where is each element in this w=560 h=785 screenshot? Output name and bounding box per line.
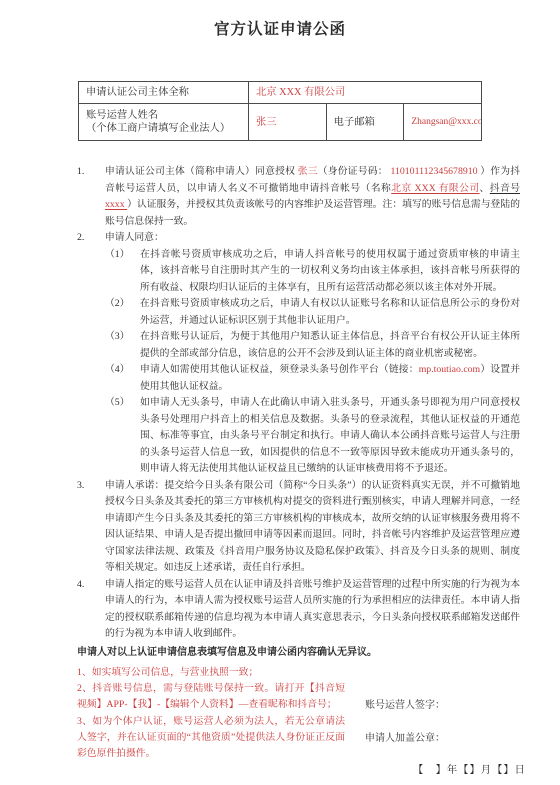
note-3: 3、如为个体户认证，账号运营人必须为法人，若无公章请法人签字，并在认证页面的“其… xyxy=(77,714,345,763)
text-segment: 在抖音帐号资质审核成功之后，申请人抖音帐号的使用权属于通过资质审核的申请主体，该… xyxy=(140,249,520,293)
sub-clause-2-3: （3）在抖音账号认证后，为便于其他用户知悉认证主体信息，抖音平台有权公开认证主体… xyxy=(105,329,520,362)
sub-clause-2-5: （5）如申请人无头条号，申请人在此确认申请入驻头条号，开通头条号即视为用户同意授… xyxy=(105,395,520,478)
note-1: 1、如实填写公司信息，与营业执照一致； xyxy=(77,665,345,681)
sub-clause-number: （4） xyxy=(105,362,140,379)
sub-clause-text: 在抖音账号认证后，为便于其他用户知悉认证主体信息，抖音平台有权公开认证主体所提供… xyxy=(140,329,520,362)
clause-body: 申请认证公司主体（简称申请人）同意授权 张三（身份证号码： 1101011123… xyxy=(105,164,520,230)
text-segment: 在抖音账号认证后，为便于其他用户知悉认证主体信息，抖音平台有权公开认证主体所提供… xyxy=(140,331,520,359)
text-segment: 申请人如需使用其他认证权益，须登录头条号创作平台（链接： xyxy=(140,364,419,375)
text-segment: 抖音号 xyxy=(490,183,520,194)
sub-clause-2-1: （1）在抖音帐号资质审核成功之后，申请人抖音帐号的使用权属于通过资质审核的申请主… xyxy=(105,247,520,297)
text-segment: 申请人同意： xyxy=(105,232,164,243)
company-seal-label: 申请人加盖公章： xyxy=(365,729,445,744)
clause-1: 1.申请认证公司主体（简称申请人）同意授权 张三（身份证号码： 11010111… xyxy=(77,164,520,230)
operator-name-label-line1: 账号运营人姓名 xyxy=(86,109,241,122)
clause-body: 申请人同意：（1）在抖音帐号资质审核成功之后，申请人抖音帐号的使用权属于通过资质… xyxy=(105,230,520,478)
clause-text: 申请人指定的账号运营人员在认证申请及抖音账号维护及运营管理的过程中所实施的行为视… xyxy=(105,577,520,643)
clause-text: 申请认证公司主体（简称申请人）同意授权 张三（身份证号码： 1101011123… xyxy=(105,164,520,230)
text-segment: 在抖音账号资质审核成功之后，申请人有权以认证账号名称和认证信息所公示的身份对外运… xyxy=(140,298,520,326)
sub-clause-number: （1） xyxy=(105,247,140,264)
operator-name-label-line2: （个体工商户请填写企业法人） xyxy=(86,122,241,135)
filled-value: 110101112345678910 xyxy=(390,166,477,177)
filled-value: 张三 xyxy=(298,166,318,177)
operator-signature-label: 账号运营人签字： xyxy=(365,696,445,711)
clause-3: 3.申请人承诺：提交给今日头条有限公司（简称“今日头条”）的认证资料真实无误，并… xyxy=(77,478,520,577)
clause-2: 2.申请人同意：（1）在抖音帐号资质审核成功之后，申请人抖音帐号的使用权属于通过… xyxy=(77,230,520,478)
confirmation-statement: 申请人对以上认证申请信息表填写信息及申请公函内容确认无异议。 xyxy=(77,645,520,662)
red-notes-list: 1、如实填写公司信息，与营业执照一致； 2、抖音账号信息，需与登陆账号保持一致。… xyxy=(77,665,345,762)
filled-value: mp.toutiao.com xyxy=(419,364,481,375)
text-segment: 申请人承诺：提交给今日头条有限公司（简称“今日头条”）的认证资料真实无误，并不可… xyxy=(105,480,520,574)
clause-number: 4. xyxy=(77,577,105,594)
clause-body: 申请人承诺：提交给今日头条有限公司（简称“今日头条”）的认证资料真实无误，并不可… xyxy=(105,478,520,577)
document-body: 1.申请认证公司主体（简称申请人）同意授权 张三（身份证号码： 11010111… xyxy=(77,164,527,762)
table-row: 账号运营人姓名 （个体工商户请填写企业法人） 张三 电子邮箱 Zhangsan@… xyxy=(79,104,482,141)
text-segment: 申请人指定的账号运营人员在认证申请及抖音账号维护及运营管理的过程中所实施的行为视… xyxy=(105,579,520,640)
text-segment: ）认证服务，并授权其负责该帐号的内容维护及运营管理。注：填写的账号信息需与登陆的… xyxy=(105,199,520,227)
text-segment: 、 xyxy=(480,183,490,194)
sub-clause-text: 如申请人无头条号，申请人在此确认申请入驻头条号，开通头条号即视为用户同意授权头条… xyxy=(140,395,520,478)
text-segment: 申请认证公司主体（简称申请人）同意授权 xyxy=(105,166,298,177)
sub-clause-number: （3） xyxy=(105,329,140,346)
text-segment: 如申请人无头条号，申请人在此确认申请入驻头条号，开通头条号即视为用户同意授权头条… xyxy=(140,397,520,474)
company-name-label: 申请认证公司主体全称 xyxy=(79,82,249,104)
sub-clause-2-2: （2）在抖音账号资质审核成功之后，申请人有权以认证账号名称和认证信息所公示的身份… xyxy=(105,296,520,329)
sub-clause-number: （5） xyxy=(105,395,140,412)
clause-number: 2. xyxy=(77,230,105,247)
page-title: 官方认证申请公函 xyxy=(0,17,560,39)
text-segment: （身份证号码： xyxy=(318,166,391,177)
clause-number: 1. xyxy=(77,164,105,181)
numbered-clause-list: 1.申请认证公司主体（简称申请人）同意授权 张三（身份证号码： 11010111… xyxy=(77,164,520,643)
note-2: 2、抖音账号信息，需与登陆账号保持一致。请打开【抖音短视频】APP-【我】-【编… xyxy=(77,681,345,713)
operator-name-label: 账号运营人姓名 （个体工商户请填写企业法人） xyxy=(79,104,249,141)
operator-name-value: 张三 xyxy=(249,104,327,141)
sub-clause-text: 申请人如需使用其他认证权益，须登录头条号创作平台（链接：mp.toutiao.c… xyxy=(140,362,520,395)
filled-value: xxxx xyxy=(105,199,127,210)
document-page: 官方认证申请公函 申请认证公司主体全称 北京 XXX 有限公司 账号运营人姓名 … xyxy=(0,0,560,785)
sub-clause-2-4: （4）申请人如需使用其他认证权益，须登录头条号创作平台（链接：mp.toutia… xyxy=(105,362,520,395)
sub-clause-number: （2） xyxy=(105,296,140,313)
table-row: 申请认证公司主体全称 北京 XXX 有限公司 xyxy=(79,82,482,104)
clause-text: 申请人同意： xyxy=(105,230,520,247)
application-info-table: 申请认证公司主体全称 北京 XXX 有限公司 账号运营人姓名 （个体工商户请填写… xyxy=(78,81,482,141)
filled-value: 北京 XXX 有限公司 xyxy=(391,183,479,194)
email-value: Zhangsan@xxx.com xyxy=(404,104,482,141)
date-line: 【 】年【】月【】日 xyxy=(413,761,526,776)
email-label: 电子邮箱 xyxy=(326,104,404,141)
clause-text: 申请人承诺：提交给今日头条有限公司（简称“今日头条”）的认证资料真实无误，并不可… xyxy=(105,478,520,577)
clause-4: 4.申请人指定的账号运营人员在认证申请及抖音账号维护及运营管理的过程中所实施的行… xyxy=(77,577,520,643)
clause-body: 申请人指定的账号运营人员在认证申请及抖音账号维护及运营管理的过程中所实施的行为视… xyxy=(105,577,520,643)
sub-clause-text: 在抖音账号资质审核成功之后，申请人有权以认证账号名称和认证信息所公示的身份对外运… xyxy=(140,296,520,329)
company-name-value: 北京 XXX 有限公司 xyxy=(249,82,482,104)
clause-number: 3. xyxy=(77,478,105,495)
sub-clause-text: 在抖音帐号资质审核成功之后，申请人抖音帐号的使用权属于通过资质审核的申请主体，该… xyxy=(140,247,520,297)
